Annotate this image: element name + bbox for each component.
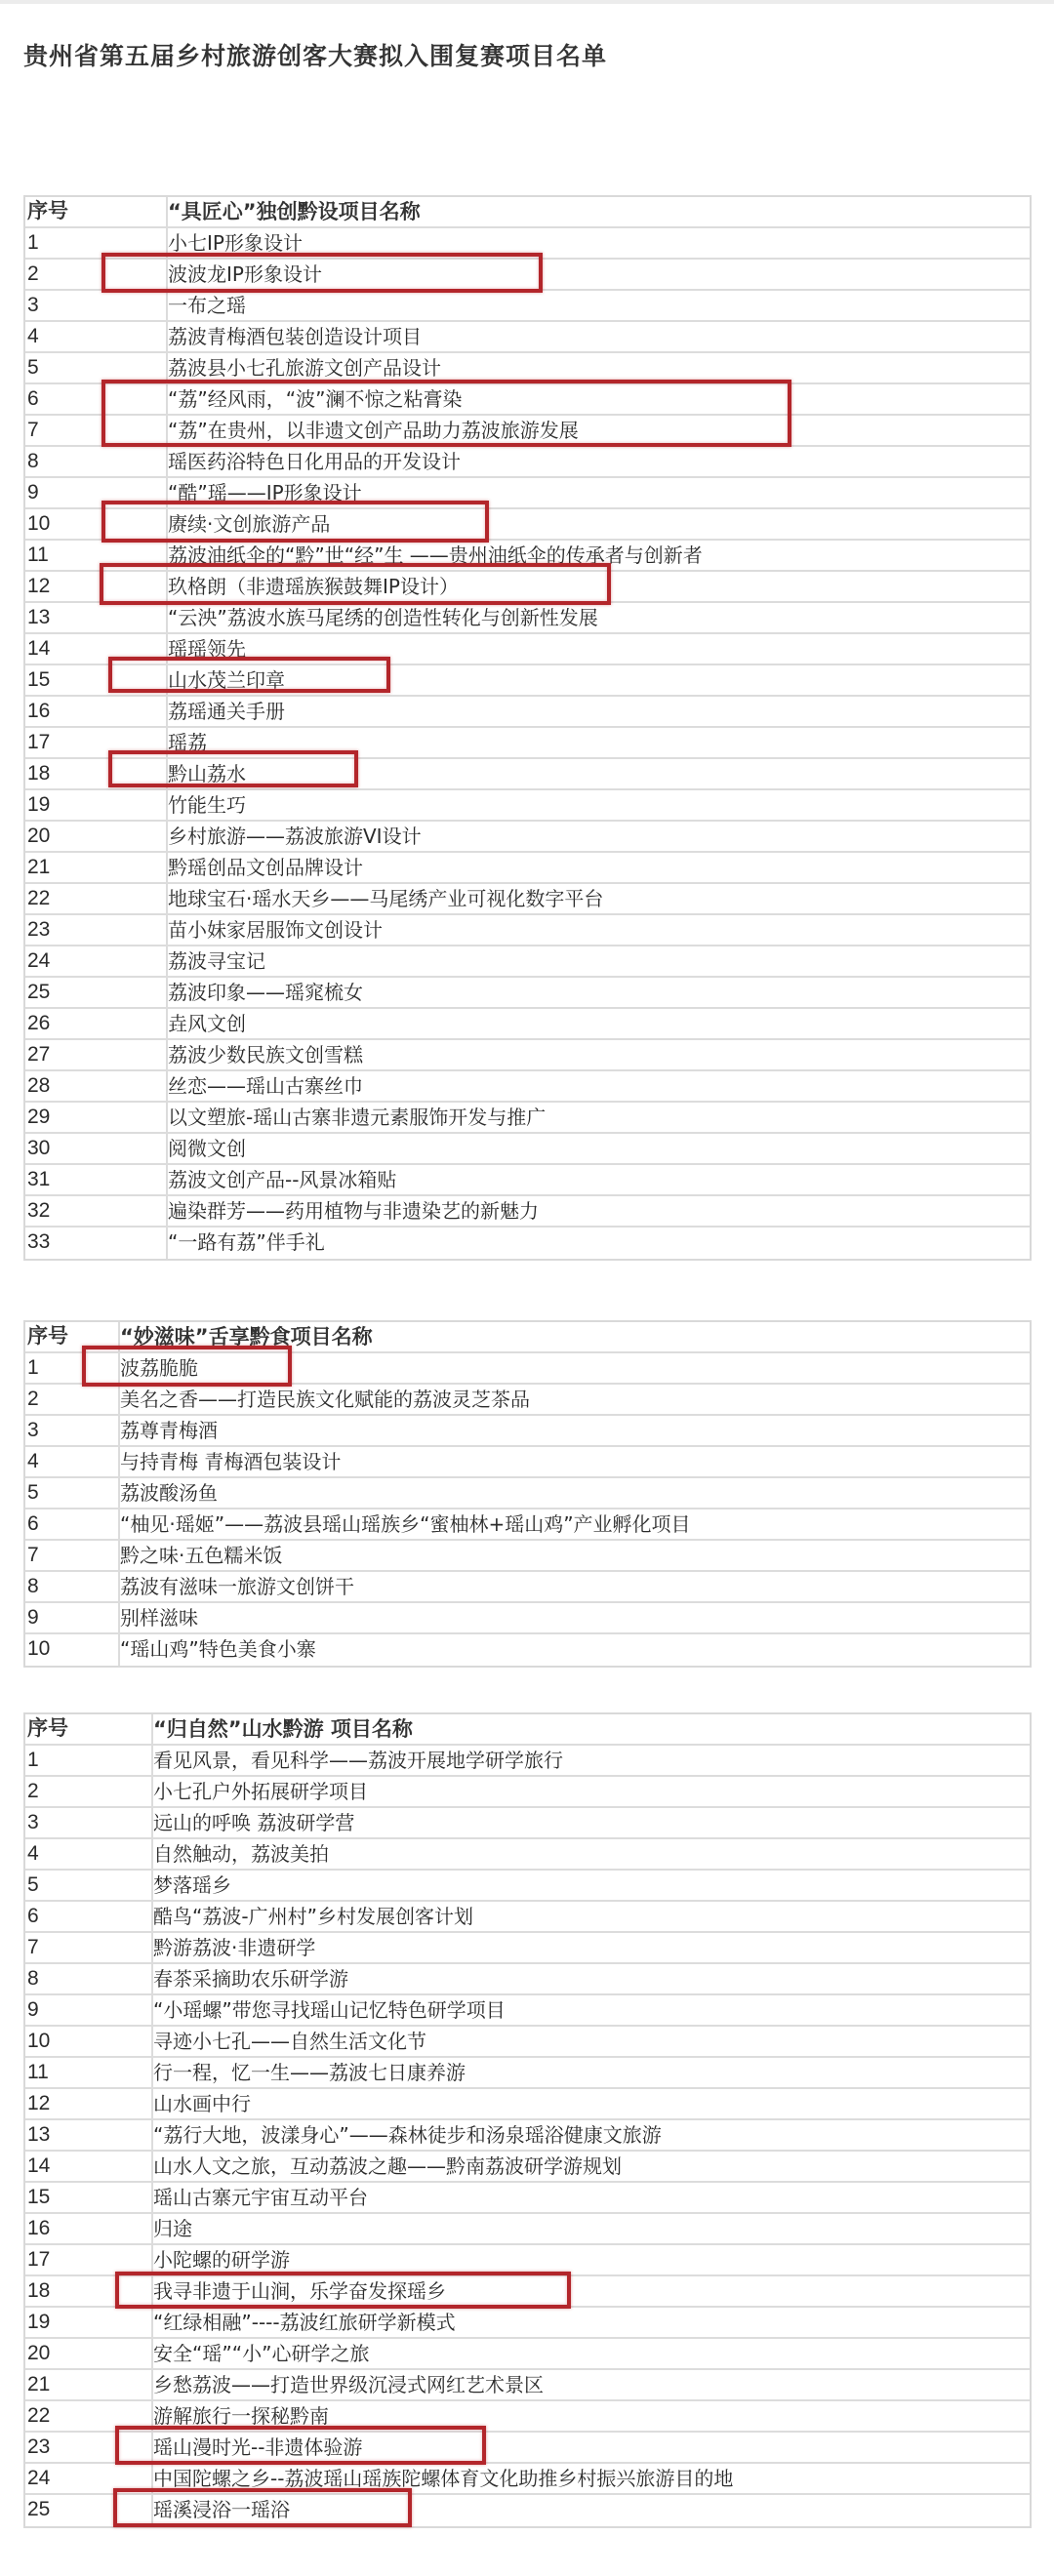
row-number: 5 — [25, 353, 168, 382]
project-name: 梦落瑶乡 — [153, 1871, 1030, 1900]
table-row: 10 “瑶山鸡”特色美食小寨 — [25, 1634, 1030, 1666]
row-number: 1 — [25, 1746, 153, 1775]
project-name: 小七IP形象设计 — [168, 228, 1030, 258]
table-row: 9别样滋味 — [25, 1603, 1030, 1634]
project-name: 玖格朗（非遗瑶族猴鼓舞IP设计） — [168, 572, 1030, 601]
row-number: 11 — [25, 541, 168, 570]
table-row: 3远山的呼唤 荔波研学营 — [25, 1808, 1030, 1839]
row-number: 28 — [25, 1071, 168, 1101]
row-number: 2 — [25, 1385, 120, 1414]
table-row: 11荔波油纸伞的“黔”世“经”生 ——贵州油纸伞的传承者与创新者 — [25, 541, 1030, 572]
row-number: 24 — [25, 946, 168, 976]
project-name: “瑶山鸡”特色美食小寨 — [120, 1634, 1030, 1666]
table-row: 9 “小瑶螺”带您寻找瑶山记忆特色研学项目 — [25, 1995, 1030, 2027]
project-name: 荔波青梅酒包装创造设计项目 — [168, 322, 1030, 351]
project-name: 阅微文创 — [168, 1134, 1030, 1163]
table-row: 24荔波寻宝记 — [25, 946, 1030, 978]
project-name: 山水画中行 — [153, 2089, 1030, 2118]
row-number: 25 — [25, 2495, 153, 2526]
table-food: 序号 “妙滋味”舌享黔食项目名称1波荔脆脆2美名之香——打造民族文化赋能的荔波灵… — [23, 1320, 1032, 1668]
row-number: 12 — [25, 572, 168, 601]
row-number: 17 — [25, 2245, 153, 2274]
table-header-row: 序号“具匠心”独创黔设项目名称 — [25, 197, 1030, 228]
row-number: 20 — [25, 822, 168, 851]
table-row: 23苗小妹家居服饰文创设计 — [25, 915, 1030, 946]
table-row: 16荔瑶通关手册 — [25, 697, 1030, 728]
project-name: 乡村旅游——荔波旅游VI设计 — [168, 822, 1030, 851]
row-number: 30 — [25, 1134, 168, 1163]
project-name: 寻迹小七孔——自然生活文化节 — [153, 2027, 1030, 2056]
project-name: 波波龙IP形象设计 — [168, 260, 1030, 289]
project-name: 别样滋味 — [120, 1603, 1030, 1632]
project-name: 黔之味·五色糯米饭 — [120, 1541, 1030, 1570]
project-name: 荔波县小七孔旅游文创产品设计 — [168, 353, 1030, 382]
row-number: 2 — [25, 260, 168, 289]
project-name: 荔波有滋味一旅游文创饼干 — [120, 1572, 1030, 1601]
row-number: 9 — [25, 1603, 120, 1632]
table-row: 15山水茂兰印章 — [25, 665, 1030, 697]
table-row: 23瑶山漫时光--非遗体验游 — [25, 2433, 1030, 2464]
table-row: 3一布之瑶 — [25, 291, 1030, 322]
row-number: 22 — [25, 2401, 153, 2431]
project-name: 行一程，忆一生——荔波七日康养游 — [153, 2058, 1030, 2087]
row-number: 16 — [25, 697, 168, 726]
table-craft-design: 序号“具匠心”独创黔设项目名称1小七IP形象设计2波波龙IP形象设计3一布之瑶4… — [23, 195, 1032, 1261]
table-row: 5梦落瑶乡 — [25, 1871, 1030, 1902]
project-name: “荔”经风雨，“波”澜不惊之粘膏染 — [168, 384, 1030, 414]
row-number: 6 — [25, 384, 168, 414]
table-row: 13 “云泱”荔波水族马尾绣的创造性转化与创新性发展 — [25, 603, 1030, 634]
project-name: 瑶山漫时光--非遗体验游 — [153, 2433, 1030, 2462]
top-divider — [0, 0, 1054, 4]
project-name: 小陀螺的研学游 — [153, 2245, 1030, 2274]
project-name: 丝恋——瑶山古寨丝巾 — [168, 1071, 1030, 1101]
row-number: 3 — [25, 291, 168, 320]
project-name: 美名之香——打造民族文化赋能的荔波灵芝茶品 — [120, 1385, 1030, 1414]
table-row: 22游解旅行一探秘黔南 — [25, 2401, 1030, 2433]
row-number: 13 — [25, 2120, 153, 2150]
row-number: 19 — [25, 2308, 153, 2337]
column-header-number: 序号 — [25, 197, 168, 226]
project-name: 远山的呼唤 荔波研学营 — [153, 1808, 1030, 1837]
table-row: 4荔波青梅酒包装创造设计项目 — [25, 322, 1030, 353]
project-name: “酷”瑶——IP形象设计 — [168, 478, 1030, 507]
table-row: 21乡愁荔波——打造世界级沉浸式网红艺术景区 — [25, 2370, 1030, 2401]
project-name: “荔”在贵州，以非遗文创产品助力荔波旅游发展 — [168, 416, 1030, 445]
row-number: 15 — [25, 665, 168, 695]
project-name: 荔波油纸伞的“黔”世“经”生 ——贵州油纸伞的传承者与创新者 — [168, 541, 1030, 570]
row-number: 26 — [25, 1009, 168, 1038]
project-name: 中国陀螺之乡--荔波瑶山瑶族陀螺体育文化助推乡村振兴旅游目的地 — [153, 2464, 1030, 2493]
row-number: 7 — [25, 1541, 120, 1570]
row-number: 32 — [25, 1196, 168, 1226]
row-number: 10 — [25, 1634, 120, 1666]
project-name: “小瑶螺”带您寻找瑶山记忆特色研学项目 — [153, 1995, 1030, 2025]
project-name: 荔波印象——瑶窕梳女 — [168, 978, 1030, 1007]
project-name: 自然触动，荔波美拍 — [153, 1839, 1030, 1869]
project-name: 波荔脆脆 — [120, 1353, 1030, 1383]
project-name: 瑶医药浴特色日化用品的开发设计 — [168, 447, 1030, 476]
table-row: 31荔波文创产品--风景冰箱贴 — [25, 1165, 1030, 1196]
row-number: 27 — [25, 1040, 168, 1069]
row-number: 10 — [25, 509, 168, 539]
row-number: 1 — [25, 228, 168, 258]
table-row: 8春茶采摘助农乐研学游 — [25, 1964, 1030, 1995]
table-row: 6 “荔”经风雨，“波”澜不惊之粘膏染 — [25, 384, 1030, 416]
row-number: 18 — [25, 2276, 153, 2306]
row-number: 23 — [25, 2433, 153, 2462]
project-name: 瑶瑶领先 — [168, 634, 1030, 664]
project-name: 小七孔户外拓展研学项目 — [153, 1777, 1030, 1806]
row-number: 29 — [25, 1103, 168, 1132]
row-number: 24 — [25, 2464, 153, 2493]
table-row: 10寻迹小七孔——自然生活文化节 — [25, 2027, 1030, 2058]
table-row: 20乡村旅游——荔波旅游VI设计 — [25, 822, 1030, 853]
project-name: 荔波酸汤鱼 — [120, 1478, 1030, 1508]
row-number: 33 — [25, 1228, 168, 1259]
project-name: 黔山荔水 — [168, 759, 1030, 788]
table-row: 1波荔脆脆 — [25, 1353, 1030, 1385]
row-number: 21 — [25, 853, 168, 882]
project-name: 荔波少数民族文创雪糕 — [168, 1040, 1030, 1069]
table-row: 14山水人文之旅，互动荔波之趣——黔南荔波研学游规划 — [25, 2152, 1030, 2183]
row-number: 1 — [25, 1353, 120, 1383]
table-row: 2小七孔户外拓展研学项目 — [25, 1777, 1030, 1808]
row-number: 13 — [25, 603, 168, 632]
project-name: 黔游荔波·非遗研学 — [153, 1933, 1030, 1962]
column-header-project-name: “妙滋味”舌享黔食项目名称 — [120, 1322, 1030, 1351]
column-header-project-name: “归自然”山水黔游 项目名称 — [153, 1714, 1030, 1744]
row-number: 4 — [25, 322, 168, 351]
table-row: 22地球宝石·瑶水天乡——马尾绣产业可视化数字平台 — [25, 884, 1030, 915]
project-name: 归途 — [153, 2214, 1030, 2243]
row-number: 10 — [25, 2027, 153, 2056]
table-row: 26垚风文创 — [25, 1009, 1030, 1040]
project-name: “柚见·瑶姬”——荔波县瑶山瑶族乡“蜜柚林+瑶山鸡”产业孵化项目 — [120, 1509, 1030, 1539]
project-name: 瑶溪浸浴一瑶浴 — [153, 2495, 1030, 2526]
project-name: “红绿相融”----荔波红旅研学新模式 — [153, 2308, 1030, 2337]
row-number: 12 — [25, 2089, 153, 2118]
page-title: 贵州省第五届乡村旅游创客大赛拟入围复赛项目名单 — [23, 37, 607, 72]
table-row: 6 “柚见·瑶姬”——荔波县瑶山瑶族乡“蜜柚林+瑶山鸡”产业孵化项目 — [25, 1509, 1030, 1541]
row-number: 16 — [25, 2214, 153, 2243]
row-number: 3 — [25, 1808, 153, 1837]
row-number: 23 — [25, 915, 168, 945]
project-name: “云泱”荔波水族马尾绣的创造性转化与创新性发展 — [168, 603, 1030, 632]
table-row: 7 “荔”在贵州，以非遗文创产品助力荔波旅游发展 — [25, 416, 1030, 447]
row-number: 17 — [25, 728, 168, 757]
table-row: 21黔瑶创品文创品牌设计 — [25, 853, 1030, 884]
project-name: 乡愁荔波——打造世界级沉浸式网红艺术景区 — [153, 2370, 1030, 2399]
project-name: 游解旅行一探秘黔南 — [153, 2401, 1030, 2431]
project-name: 山水人文之旅，互动荔波之趣——黔南荔波研学游规划 — [153, 2152, 1030, 2181]
table-row: 15瑶山古寨元宇宙互动平台 — [25, 2183, 1030, 2214]
project-name: 与持青梅 青梅酒包装设计 — [120, 1447, 1030, 1476]
table-row: 5荔波县小七孔旅游文创产品设计 — [25, 353, 1030, 384]
table-row: 1小七IP形象设计 — [25, 228, 1030, 260]
project-name: 竹能生巧 — [168, 790, 1030, 820]
table-row: 17小陀螺的研学游 — [25, 2245, 1030, 2276]
row-number: 6 — [25, 1902, 153, 1931]
project-name: 地球宝石·瑶水天乡——马尾绣产业可视化数字平台 — [168, 884, 1030, 913]
row-number: 15 — [25, 2183, 153, 2212]
row-number: 7 — [25, 416, 168, 445]
table-row: 1看见风景，看见科学——荔波开展地学研学旅行 — [25, 1746, 1030, 1777]
row-number: 31 — [25, 1165, 168, 1194]
project-name: 山水茂兰印章 — [168, 665, 1030, 695]
row-number: 7 — [25, 1933, 153, 1962]
table-row: 6酷鸟“荔波-广州村”乡村发展创客计划 — [25, 1902, 1030, 1933]
table-row: 20安全“瑶”“小”心研学之旅 — [25, 2339, 1030, 2370]
table-row: 2波波龙IP形象设计 — [25, 260, 1030, 291]
row-number: 25 — [25, 978, 168, 1007]
row-number: 18 — [25, 759, 168, 788]
project-name: 荔瑶通关手册 — [168, 697, 1030, 726]
project-name: 安全“瑶”“小”心研学之旅 — [153, 2339, 1030, 2368]
table-row: 8荔波有滋味一旅游文创饼干 — [25, 1572, 1030, 1603]
project-name: 垚风文创 — [168, 1009, 1030, 1038]
project-name: 赓续·文创旅游产品 — [168, 509, 1030, 539]
table-row: 28丝恋——瑶山古寨丝巾 — [25, 1071, 1030, 1103]
project-name: 瑶荔 — [168, 728, 1030, 757]
table-row: 17瑶荔 — [25, 728, 1030, 759]
row-number: 21 — [25, 2370, 153, 2399]
row-number: 4 — [25, 1447, 120, 1476]
table-row: 25瑶溪浸浴一瑶浴 — [25, 2495, 1030, 2526]
row-number: 3 — [25, 1416, 120, 1445]
table-row: 19竹能生巧 — [25, 790, 1030, 822]
table-row: 18黔山荔水 — [25, 759, 1030, 790]
table-row: 7黔之味·五色糯米饭 — [25, 1541, 1030, 1572]
project-name: 春茶采摘助农乐研学游 — [153, 1964, 1030, 1993]
project-name: 以文塑旅-瑶山古寨非遗元素服饰开发与推广 — [168, 1103, 1030, 1132]
row-number: 8 — [25, 447, 168, 476]
table-row: 24中国陀螺之乡--荔波瑶山瑶族陀螺体育文化助推乡村振兴旅游目的地 — [25, 2464, 1030, 2495]
row-number: 2 — [25, 1777, 153, 1806]
project-name: 遍染群芳——药用植物与非遗染艺的新魅力 — [168, 1196, 1030, 1226]
column-header-project-name: “具匠心”独创黔设项目名称 — [168, 197, 1030, 226]
row-number: 5 — [25, 1478, 120, 1508]
project-name: 酷鸟“荔波-广州村”乡村发展创客计划 — [153, 1902, 1030, 1931]
project-name: “荔行大地，波漾身心”——森林徒步和汤泉瑶浴健康文旅游 — [153, 2120, 1030, 2150]
row-number: 14 — [25, 2152, 153, 2181]
table-row: 7黔游荔波·非遗研学 — [25, 1933, 1030, 1964]
project-name: “一路有荔”伴手礼 — [168, 1228, 1030, 1259]
row-number: 9 — [25, 478, 168, 507]
table-row: 32遍染群芳——药用植物与非遗染艺的新魅力 — [25, 1196, 1030, 1228]
row-number: 4 — [25, 1839, 153, 1869]
table-row: 4与持青梅 青梅酒包装设计 — [25, 1447, 1030, 1478]
table-row: 33 “一路有荔”伴手礼 — [25, 1228, 1030, 1259]
project-name: 苗小妹家居服饰文创设计 — [168, 915, 1030, 945]
project-name: 荔尊青梅酒 — [120, 1416, 1030, 1445]
project-name: 看见风景，看见科学——荔波开展地学研学旅行 — [153, 1746, 1030, 1775]
row-number: 14 — [25, 634, 168, 664]
table-row: 8瑶医药浴特色日化用品的开发设计 — [25, 447, 1030, 478]
row-number: 5 — [25, 1871, 153, 1900]
table-row: 12玖格朗（非遗瑶族猴鼓舞IP设计） — [25, 572, 1030, 603]
table-row: 27荔波少数民族文创雪糕 — [25, 1040, 1030, 1071]
table-row: 4自然触动，荔波美拍 — [25, 1839, 1030, 1871]
table-row: 12山水画中行 — [25, 2089, 1030, 2120]
row-number: 9 — [25, 1995, 153, 2025]
table-row: 9 “酷”瑶——IP形象设计 — [25, 478, 1030, 509]
project-name: 荔波文创产品--风景冰箱贴 — [168, 1165, 1030, 1194]
table-row: 2美名之香——打造民族文化赋能的荔波灵芝茶品 — [25, 1385, 1030, 1416]
table-header-row: 序号 “妙滋味”舌享黔食项目名称 — [25, 1322, 1030, 1353]
project-name: 黔瑶创品文创品牌设计 — [168, 853, 1030, 882]
table-row: 18我寻非遗于山涧，乐学奋发探瑶乡 — [25, 2276, 1030, 2308]
column-header-number: 序号 — [25, 1714, 153, 1744]
table-row: 13 “荔行大地，波漾身心”——森林徒步和汤泉瑶浴健康文旅游 — [25, 2120, 1030, 2152]
table-header-row: 序号 “归自然”山水黔游 项目名称 — [25, 1714, 1030, 1746]
table-row: 14瑶瑶领先 — [25, 634, 1030, 665]
table-row: 29以文塑旅-瑶山古寨非遗元素服饰开发与推广 — [25, 1103, 1030, 1134]
column-header-number: 序号 — [25, 1322, 120, 1351]
row-number: 8 — [25, 1964, 153, 1993]
table-row: 19 “红绿相融”----荔波红旅研学新模式 — [25, 2308, 1030, 2339]
project-name: 荔波寻宝记 — [168, 946, 1030, 976]
table-row: 25荔波印象——瑶窕梳女 — [25, 978, 1030, 1009]
row-number: 20 — [25, 2339, 153, 2368]
table-row: 11行一程，忆一生——荔波七日康养游 — [25, 2058, 1030, 2089]
row-number: 6 — [25, 1509, 120, 1539]
table-row: 30阅微文创 — [25, 1134, 1030, 1165]
project-name: 瑶山古寨元宇宙互动平台 — [153, 2183, 1030, 2212]
row-number: 19 — [25, 790, 168, 820]
project-name: 我寻非遗于山涧，乐学奋发探瑶乡 — [153, 2276, 1030, 2306]
project-name: 一布之瑶 — [168, 291, 1030, 320]
table-nature-tour: 序号 “归自然”山水黔游 项目名称1看见风景，看见科学——荔波开展地学研学旅行2… — [23, 1712, 1032, 2528]
table-row: 3荔尊青梅酒 — [25, 1416, 1030, 1447]
table-row: 10赓续·文创旅游产品 — [25, 509, 1030, 541]
row-number: 11 — [25, 2058, 153, 2087]
table-row: 5荔波酸汤鱼 — [25, 1478, 1030, 1509]
row-number: 8 — [25, 1572, 120, 1601]
row-number: 22 — [25, 884, 168, 913]
table-row: 16归途 — [25, 2214, 1030, 2245]
